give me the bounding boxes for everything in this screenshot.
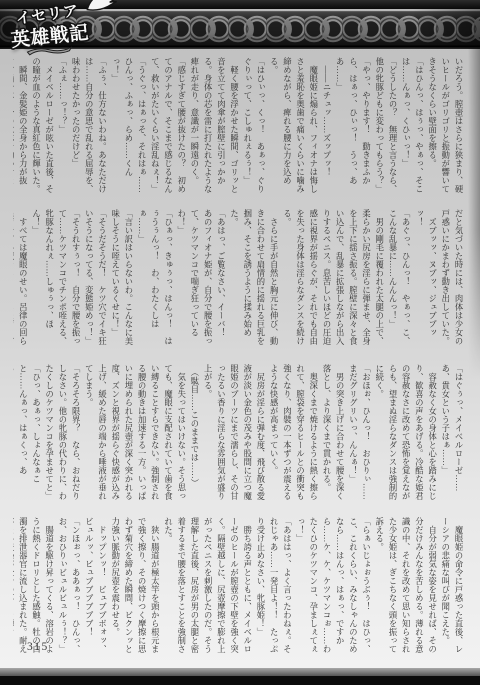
text-block-4: 魔眼姫の命令に戸惑った直後、レーシアの悲痛な叫びが聞こえた。 自分が弱気な姿を見…	[13, 517, 465, 659]
text-area: いだろう。膣壺はさらに狭まり、硬いヒールがゴリゴリと振動が響いてきそうなくらい壁…	[13, 57, 465, 659]
series-logo: イセリア 英雄戦記	[8, 0, 123, 59]
text-block-3: 「はぐぅっ、メイベルローゼ……あ、貴女という子はぁ……」 容赦なく女の身体と心を…	[13, 364, 465, 506]
text-block-2: だと気づいた時には、肉体は少女の戸惑いにかまわず動き出していた。 ズブッッ、ヌブ…	[13, 209, 465, 351]
novel-page: イセリア 英雄戦記 いだろう。膣壺はさらに狭まり、硬いヒールがゴリゴリと振動が響…	[0, 0, 480, 685]
page-number: 315	[27, 641, 49, 653]
bottom-black-bar	[0, 676, 480, 685]
page-gutter-shadow	[468, 48, 480, 378]
text-block-1: いだろう。膣壺はさらに狭まり、硬いヒールがゴリゴリと振動が響いてきそうなくらい壁…	[13, 57, 465, 199]
